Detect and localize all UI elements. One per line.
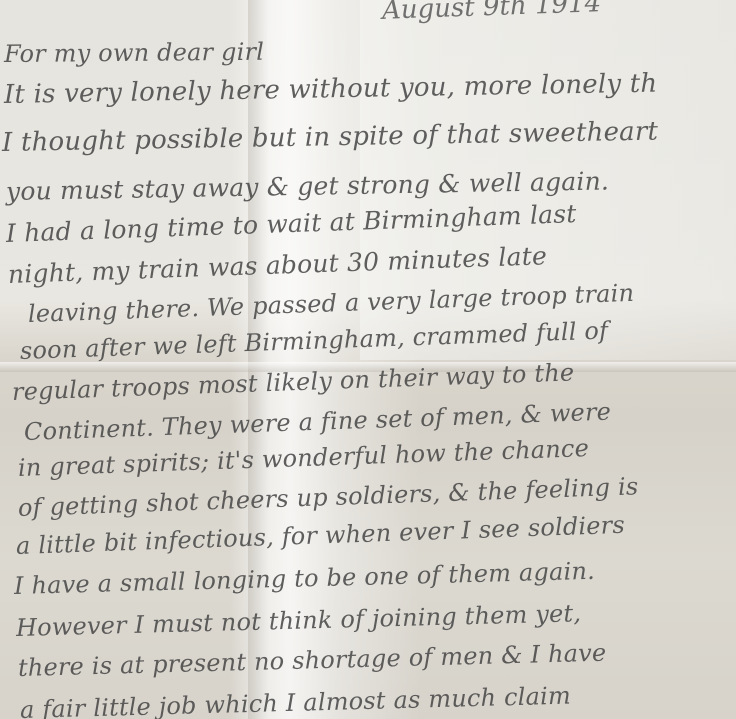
letter-line: there is at present no shortage of men &…	[18, 639, 607, 682]
letter-line: regular troops most likely on their way …	[12, 358, 575, 406]
salutation: For my own dear girl	[4, 38, 264, 68]
letter-line: a fair little job which I almost as much…	[20, 682, 572, 719]
letter-line: However I must not think of joining them…	[16, 599, 582, 642]
letter-line: It is very lonely here without you, more…	[4, 69, 658, 110]
letter-date: August 9th 1914	[382, 0, 602, 26]
letter-line: I thought possible but in spite of that …	[2, 117, 659, 158]
letter-line: I have a small longing to be one of them…	[14, 557, 596, 600]
letter-page: August 9th 1914 For my own dear girl It …	[0, 0, 736, 719]
letter-line: night, my train was about 30 minutes lat…	[7, 241, 547, 289]
letter-line: I had a long time to wait at Birmingham …	[5, 199, 576, 248]
